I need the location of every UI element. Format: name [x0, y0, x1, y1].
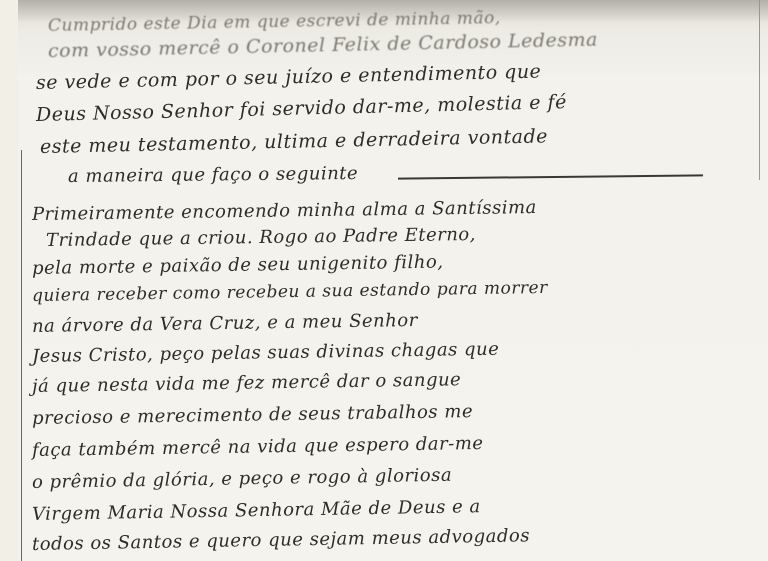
closing-flourish-line [398, 174, 703, 179]
manuscript-line-14: precioso e merecimento de seus trabalhos… [32, 401, 473, 429]
manuscript-line-5: este meu testamento, ultima e derradeira… [40, 125, 548, 158]
manuscript-line-12: Jesus Cristo, peço pelas suas divinas ch… [32, 339, 500, 367]
manuscript-line-4: Deus Nosso Senhor foi servido dar-me, mo… [36, 91, 567, 126]
manuscript-line-17: Virgem Maria Nossa Senhora Mãe de Deus e… [32, 496, 481, 525]
manuscript-page: Cumprido este Dia em que escrevi de minh… [18, 0, 768, 561]
page-edge [759, 0, 760, 180]
manuscript-line-3: se vede e com por o seu juízo e entendim… [36, 61, 542, 94]
manuscript-line-18: todos os Santos e quero que sejam meus a… [32, 525, 530, 555]
manuscript-line-10: quiera receber como recebeu a sua estand… [32, 278, 548, 306]
margin-rule [21, 150, 22, 561]
manuscript-line-8: Trindade que a criou. Rogo ao Padre Eter… [46, 224, 476, 251]
manuscript-line-16: o prêmio da glória, e peço e rogo à glor… [32, 465, 452, 493]
manuscript-line-7: Primeiramente encomendo minha alma a San… [32, 197, 537, 225]
manuscript-line-13: já que nesta vida me fez mercê dar o san… [32, 369, 462, 397]
manuscript-line-6: a maneira que faço o seguinte [68, 163, 358, 187]
manuscript-line-15: faça também mercê na vida que espero dar… [32, 433, 484, 461]
manuscript-line-9: pela morte e paixão de seu unigenito fil… [32, 252, 444, 279]
manuscript-line-11: na árvore da Vera Cruz, e a meu Senhor [32, 310, 418, 337]
